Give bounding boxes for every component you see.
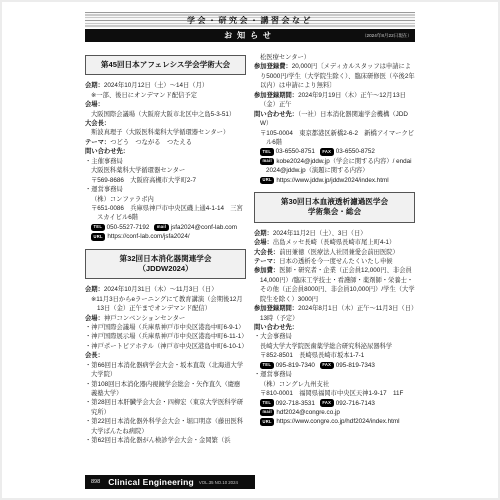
event-title: 第30回日本血液透析濾過医学会 [257, 197, 412, 207]
text-line: ・第28回日本肝臓学会大会・四柳宏（東京大学医科学研究所） [85, 398, 246, 417]
field-label: 参加登録費： [254, 63, 292, 70]
text-line: （株）コンファラボ内 [85, 195, 246, 204]
text-line: URLhttps://www.congre.co.jp/hdf2024/inde… [254, 417, 415, 426]
contact-value: 050-5527-7192 [107, 224, 150, 231]
text-line: テーマ：つどう つながる つたえる [85, 138, 246, 147]
as-of-date: （2024年8月22日現在） [362, 33, 412, 39]
field-label: 会長： [85, 352, 104, 359]
event-details: 会期：2024年10月12日（土）～14日（月）※一部、後日にオンデマンド配信予… [85, 81, 246, 241]
section-header-band: 学会・研究会・講習会など [85, 12, 415, 28]
event-title: 学術集会・総会 [257, 207, 412, 217]
contact-value: https://www.congre.co.jp/hdf2024/index.h… [276, 418, 399, 425]
event-title-box: 第32回日本消化器関連学会（JDDW2024） [85, 249, 246, 280]
mail-badge-icon: mail [260, 158, 274, 166]
text-line: 問い合わせ先： [85, 147, 246, 156]
field-label: 会場： [85, 101, 104, 108]
text-line: 問い合わせ先： [254, 323, 415, 332]
text-line: TEL03-6550-8751FAX03-6550-8752 [254, 147, 415, 156]
field-label: 大会長： [85, 120, 110, 127]
contact-value: 095-819-7343 [336, 362, 375, 369]
contact-value: 092-716-7143 [336, 400, 375, 407]
footer-bar: 898 Clinical Engineering VOL.35 NO.10 20… [85, 475, 255, 489]
field-label: 大会長： [254, 249, 279, 256]
field-label: 参加登録期間： [254, 92, 298, 99]
text-line: 〒810-0001 福岡県福岡市中央区天神1-9-17 11F [254, 389, 415, 398]
field-label: 問い合わせ先： [85, 148, 129, 155]
field-label: 問い合わせ先： [254, 111, 298, 118]
text-line: テーマ：日本の透析を今一度せんたくいたし申候 [254, 257, 415, 266]
event-title: 第32回日本消化器関連学会 [88, 254, 243, 264]
two-column-layout: 第45回日本アフェレシス学会学術大会会期：2024年10月12日（土）～14日（… [85, 53, 415, 453]
text-line: TEL050-5527-7192mailjsfa2024@conf-lab.co… [85, 223, 246, 232]
text-line: ・運営事務局 [254, 370, 415, 379]
text-line: （株）コングレ九州支社 [254, 380, 415, 389]
event-title-box: 第30回日本血液透析濾過医学会学術集会・総会 [254, 192, 415, 223]
fax-badge-icon: FAX [320, 362, 334, 370]
text-line: ※11月3日からeラーニングにて教育講演（会期後12月13日（金）正午までオンデ… [85, 295, 246, 314]
text-line: 大会長：斯波真理子（大阪医科薬科大学循環器センター） [85, 119, 246, 138]
field-label: 参加登録期間： [254, 305, 298, 312]
section-header-title: 学会・研究会・講習会など [187, 15, 313, 26]
column-right: 松医療センター）参加登録費：20,000円〔メディカルスタッフは申請により500… [254, 53, 415, 434]
contact-value: https://conf-lab.com/jsfa2024/ [107, 233, 189, 240]
field-label: テーマ： [254, 258, 279, 265]
contact-value: 092-718-3531 [276, 400, 315, 407]
text-line: ・第108回日本消化器内視鏡学会総会・矢作直久（慶應義塾大学） [85, 380, 246, 399]
text-line: mailkobe2024@jddw.jp（学会に関する内容）/ endai202… [254, 157, 415, 176]
contact-value: hdf2024@congre.co.jp [276, 409, 339, 416]
contact-value: https://www.jddw.jp/jddw2024/index.html [276, 177, 388, 184]
magazine-page: 学会・研究会・講習会など お知らせ （2024年8月22日現在） 第45回日本ア… [0, 0, 500, 500]
notice-title: お知らせ [224, 30, 276, 41]
event-title: （JDDW2024） [88, 264, 243, 274]
text-line: ・主催事務局 [85, 157, 246, 166]
url-badge-icon: URL [260, 177, 274, 185]
notice-bar: お知らせ （2024年8月22日現在） [85, 29, 415, 42]
text-line: 〒852-8501 長崎県長崎市坂本1-7-1 [254, 351, 415, 360]
text-line: ・運営事務局 [85, 185, 246, 194]
text-line: ・第22回日本消化器外科学会大会・堀口明彦（藤田医科大学ばんたね病院） [85, 417, 246, 436]
page-number: 898 [91, 479, 100, 485]
text-line: TEL095-819-7340FAX095-819-7343 [254, 361, 415, 370]
text-line: 〒651-0086 兵庫県神戸市中央区磯上通4-1-14 三宮スカイビル6階 [85, 204, 246, 223]
column-left: 第45回日本アフェレシス学会学術大会会期：2024年10月12日（土）～14日（… [85, 53, 246, 453]
field-label: 問い合わせ先： [254, 324, 298, 331]
text-line: 大会長：前田兼徳（医療法人社団兼愛会前田医院） [254, 248, 415, 257]
text-line: 問い合わせ先：（一社）日本消化器関連学会機構（JDDW） [254, 110, 415, 129]
text-line: ・第66回日本消化器病学会大会・坂本直哉（北海道大学大学院） [85, 361, 246, 380]
contact-value: jsfa2024@conf-lab.com [171, 224, 237, 231]
text-line: 会場：出島メッセ長崎（長崎県長崎市尾上町4-1） [254, 238, 415, 247]
phone-badge-icon: TEL [260, 362, 274, 370]
text-line: 会長： [85, 351, 246, 360]
text-line: 参加登録期間：2024年9月19日（木）正午～12月13日（金）正午 [254, 91, 415, 110]
text-line: 長崎大学大学院医歯薬学総合研究科泌尿器科学 [254, 342, 415, 351]
url-badge-icon: URL [91, 233, 105, 241]
field-label: 会期： [254, 230, 273, 237]
text-line: 会場：神戸コンベンションセンター [85, 314, 246, 323]
text-line: ・第62回日本消化器がん検診学会大会・金岡繁（浜 [85, 436, 246, 445]
event-details: 会期：2024年11月2日（土）、3日（日）会場：出島メッセ長崎（長崎県長崎市尾… [254, 229, 415, 427]
contact-value: 095-819-7340 [276, 362, 315, 369]
contact-value: 03-6550-8752 [336, 148, 375, 155]
text-line: ※一部、後日にオンデマンド配信予定 [85, 91, 246, 100]
event-title-box: 第45回日本アフェレシス学会学術大会 [85, 55, 246, 75]
text-line: 会期：2024年10月31日（木）～11月3日（日） [85, 285, 246, 294]
contact-value: 03-6550-8751 [276, 148, 315, 155]
text-line: 会期：2024年10月12日（土）～14日（月） [85, 81, 246, 90]
text-line: mailhdf2024@congre.co.jp [254, 408, 415, 417]
issue-info: VOL.35 NO.10 2024 [199, 480, 238, 485]
phone-badge-icon: TEL [260, 399, 274, 407]
text-line: 大阪医科薬科大学循環器センター [85, 166, 246, 175]
text-line: URLhttps://conf-lab.com/jsfa2024/ [85, 232, 246, 241]
text-line: ・神戸国際会議場（兵庫県神戸市中央区港島中町6-9-1） [85, 323, 246, 332]
text-line: 〒569-8686 大阪府高槻市大学町2-7 [85, 176, 246, 185]
field-label: 会場： [254, 239, 273, 246]
event-details: 松医療センター）参加登録費：20,000円〔メディカルスタッフは申請により500… [254, 53, 415, 185]
event-title: 第45回日本アフェレシス学会学術大会 [88, 60, 243, 70]
text-line: ・神戸国際展示場（兵庫県神戸市中央区港島中町6-11-1） [85, 332, 246, 341]
page-content: 学会・研究会・講習会など お知らせ （2024年8月22日現在） 第45回日本ア… [85, 12, 415, 453]
text-line: URLhttps://www.jddw.jp/jddw2024/index.ht… [254, 176, 415, 185]
text-line: TEL092-718-3531FAX092-716-7143 [254, 399, 415, 408]
contact-value: kobe2024@jddw.jp（学会に関する内容）/ endai2024@jd… [266, 158, 412, 174]
text-line: 参加登録費：20,000円〔メディカルスタッフは申請により5000円/学生（大学… [254, 62, 415, 90]
text-line: 参加登録期間：2024年8月1日（木）正午～11月3日（日）13時（予定） [254, 304, 415, 323]
field-label: 会期： [85, 82, 104, 89]
text-line: 松医療センター） [254, 53, 415, 62]
text-line: ・大会事務局 [254, 332, 415, 341]
fax-badge-icon: FAX [320, 148, 334, 156]
url-badge-icon: URL [260, 418, 274, 426]
text-line: 会期：2024年11月2日（土）、3日（日） [254, 229, 415, 238]
journal-logo: Clinical Engineering [108, 477, 194, 487]
mail-badge-icon: mail [154, 224, 168, 232]
phone-badge-icon: TEL [260, 148, 274, 156]
text-line: 〒105-0004 東京都港区新橋2-6-2 新橋アイマークビル6階 [254, 129, 415, 148]
field-label: 会場： [85, 315, 104, 322]
text-line: 参加費：医師・研究者・企業（正会員12,000円、非会員14,000円）/臨床工… [254, 266, 415, 304]
text-line: 会場：大阪国際会議場（大阪府大阪市北区中之島5-3-51） [85, 100, 246, 119]
field-label: テーマ： [85, 139, 110, 146]
phone-badge-icon: TEL [91, 224, 105, 232]
fax-badge-icon: FAX [320, 399, 334, 407]
field-label: 参加費： [254, 267, 279, 274]
event-details: 会期：2024年10月31日（木）～11月3日（日）※11月3日からeラーニング… [85, 285, 246, 445]
field-label: 会期： [85, 286, 104, 293]
mail-badge-icon: mail [260, 409, 274, 417]
text-line: ・神戸ポートピアホテル（神戸市中央区港島中町6-10-1） [85, 342, 246, 351]
